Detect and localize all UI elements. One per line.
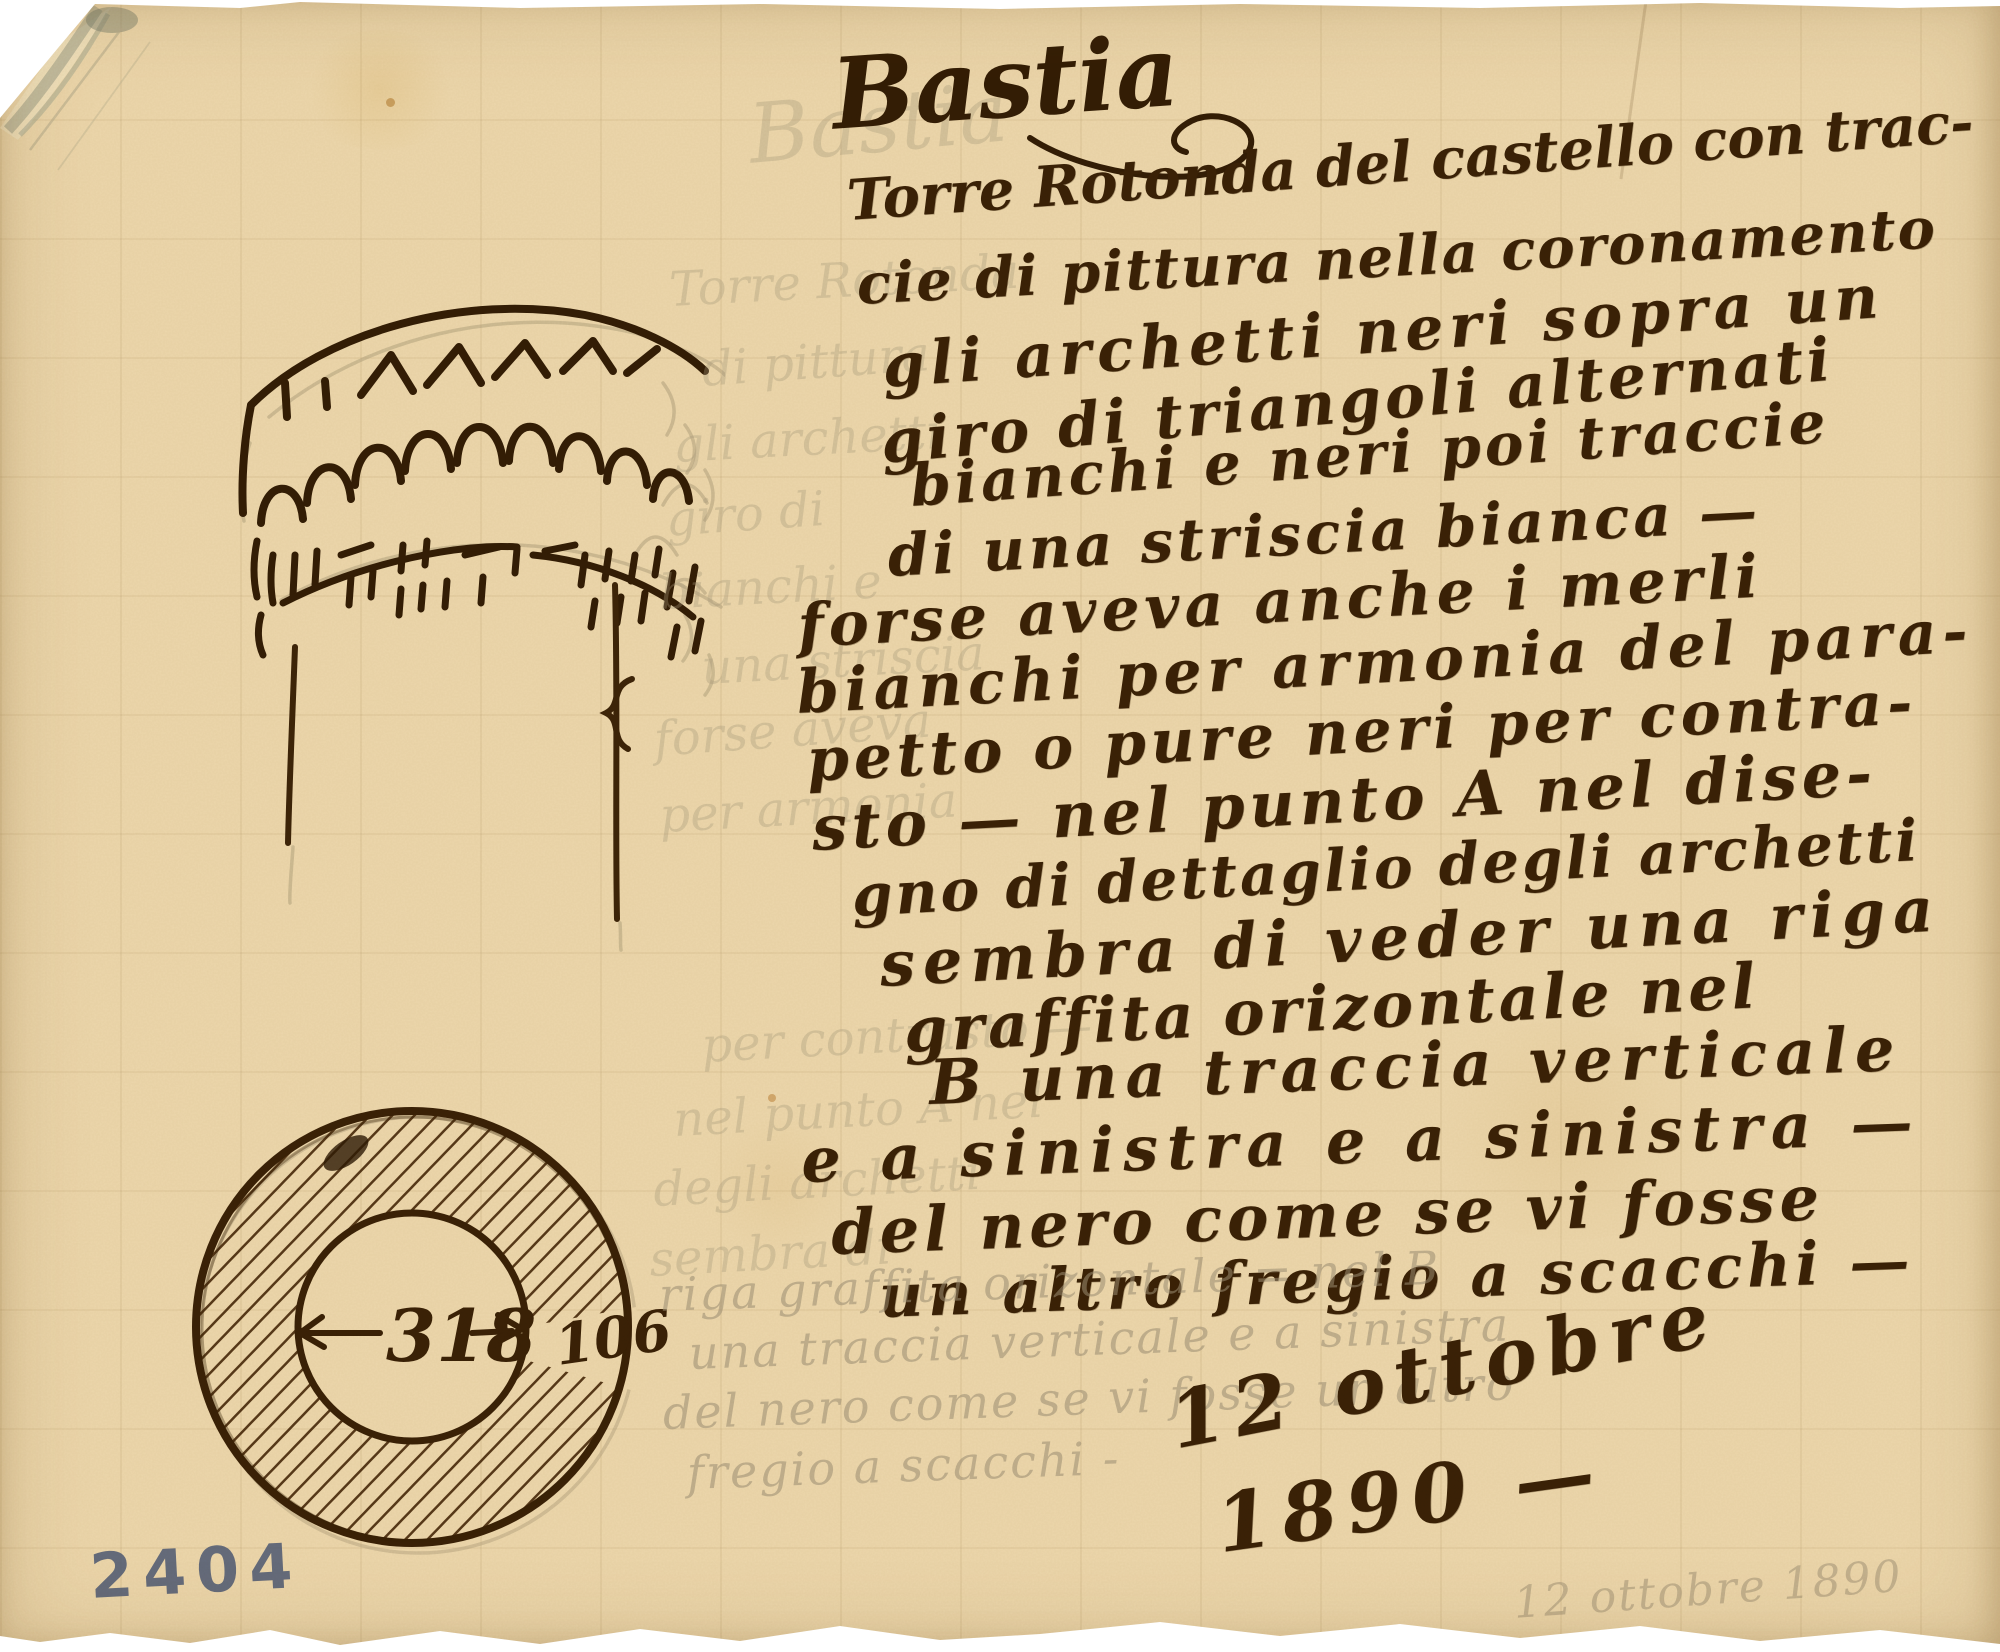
pencil-underdrawing — [241, 322, 725, 950]
inner-diameter-label: 318 — [386, 1293, 536, 1378]
tower-crown-sketch — [165, 255, 725, 955]
scanned-manuscript-page: 318 106 Bastia Torre Rotonda di pittura … — [0, 0, 2000, 1652]
ink-tower-walls — [288, 585, 617, 919]
tower-plan-ring-sketch: 318 106 — [150, 1065, 710, 1605]
ink-crown-band — [242, 309, 705, 523]
paper-sheet: 318 106 Bastia Torre Rotonda di pittura … — [0, 0, 2000, 1652]
pencil-ghost: giro di — [664, 481, 827, 548]
torn-corner — [0, 0, 300, 230]
archive-number: 2404 — [88, 1529, 304, 1613]
ink-crown-dashes — [254, 541, 701, 657]
